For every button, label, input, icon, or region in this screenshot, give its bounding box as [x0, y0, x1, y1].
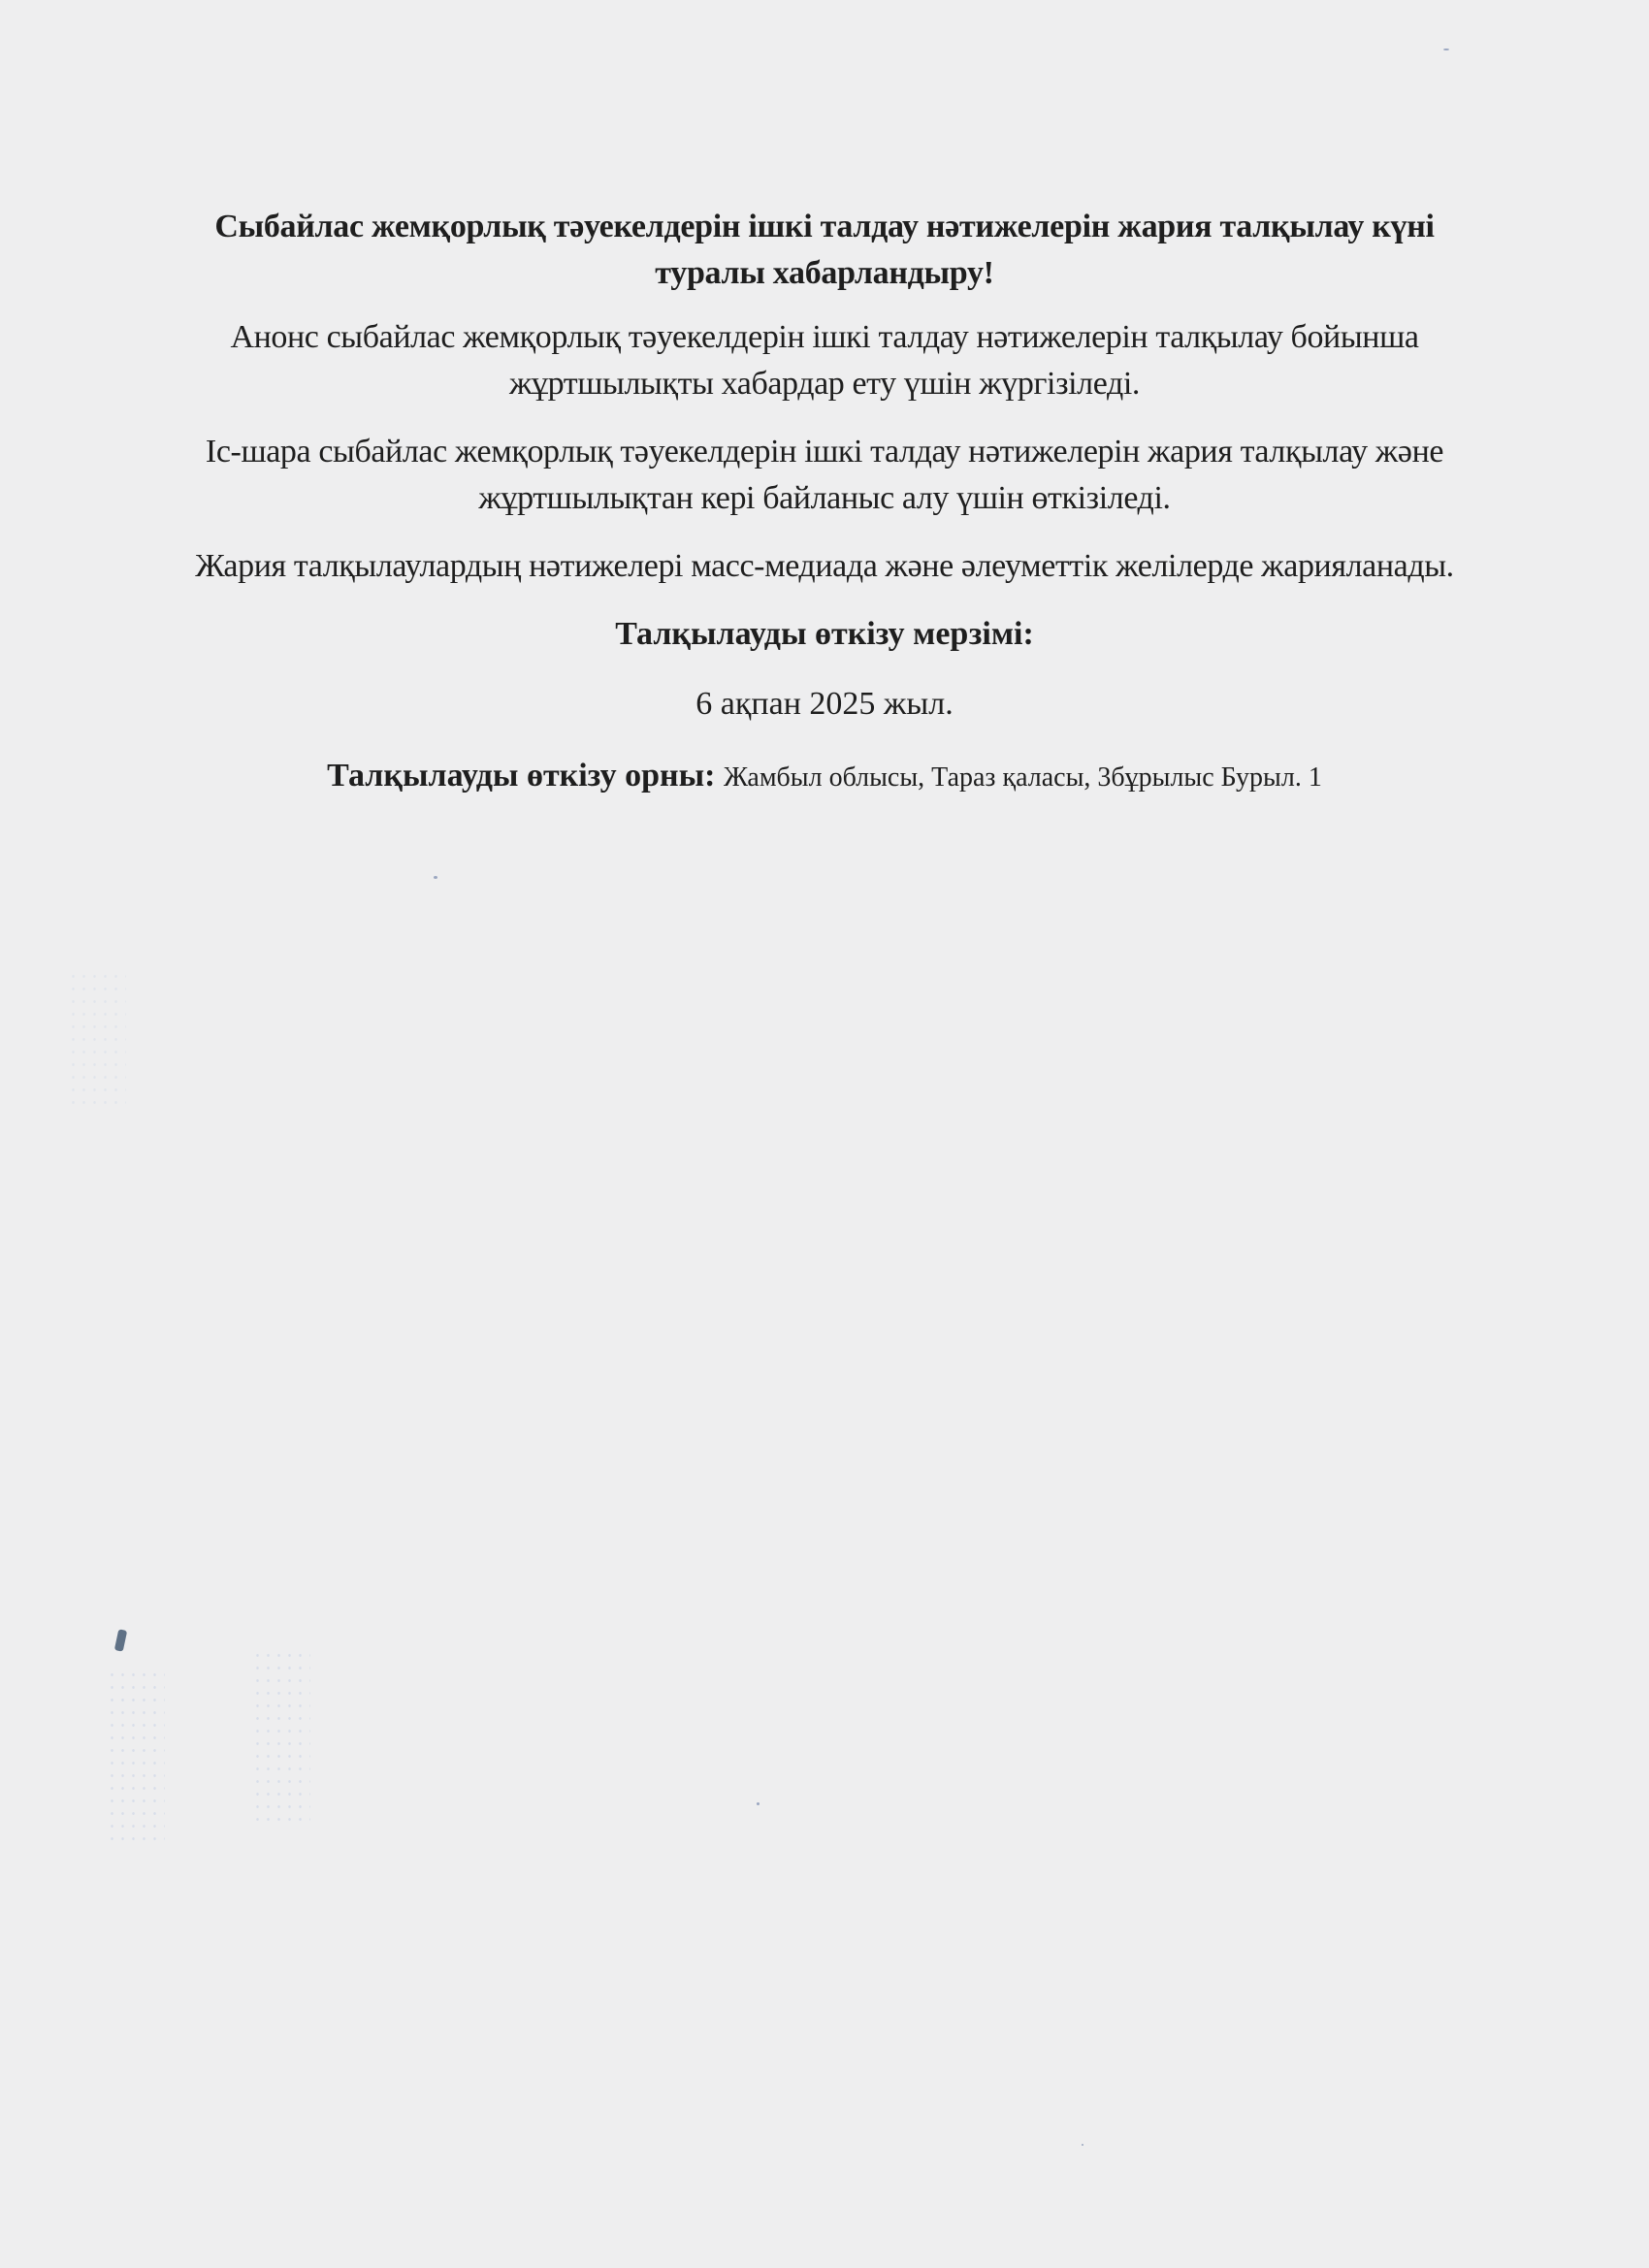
scan-speck — [757, 1802, 760, 1805]
announcement-document: Сыбайлас жемқорлық тәуекелдерін ішкі тал… — [194, 204, 1455, 801]
scan-speck — [434, 876, 437, 879]
paragraph-announcement: Анонс сыбайлас жемқорлық тәуекелдерін іш… — [194, 314, 1455, 407]
venue-line: Талқылауды өткізу орны: Жамбыл облысы, Т… — [194, 753, 1455, 801]
scan-noise — [252, 1649, 310, 1824]
venue-value: Жамбыл облысы, Тараз қаласы, 3бұрылыс Бу… — [724, 762, 1322, 793]
scan-speck — [1443, 49, 1449, 50]
date-value: 6 ақпан 2025 жыл. — [194, 681, 1455, 728]
paragraph-results-publication: Жария талқылаулардың нәтижелері масс-мед… — [194, 543, 1455, 590]
scan-noise — [107, 1669, 165, 1843]
date-heading: Талқылауды өткізу мерзімі: — [194, 611, 1455, 658]
scan-noise — [68, 970, 126, 1106]
paragraph-event-purpose: Іс-шара сыбайлас жемқорлық тәуекелдерін … — [194, 429, 1455, 522]
scan-smudge — [114, 1629, 127, 1651]
venue-label: Талқылауды өткізу орны: — [327, 758, 715, 794]
scan-speck — [1082, 2144, 1083, 2146]
document-title: Сыбайлас жемқорлық тәуекелдерін ішкі тал… — [194, 204, 1455, 297]
